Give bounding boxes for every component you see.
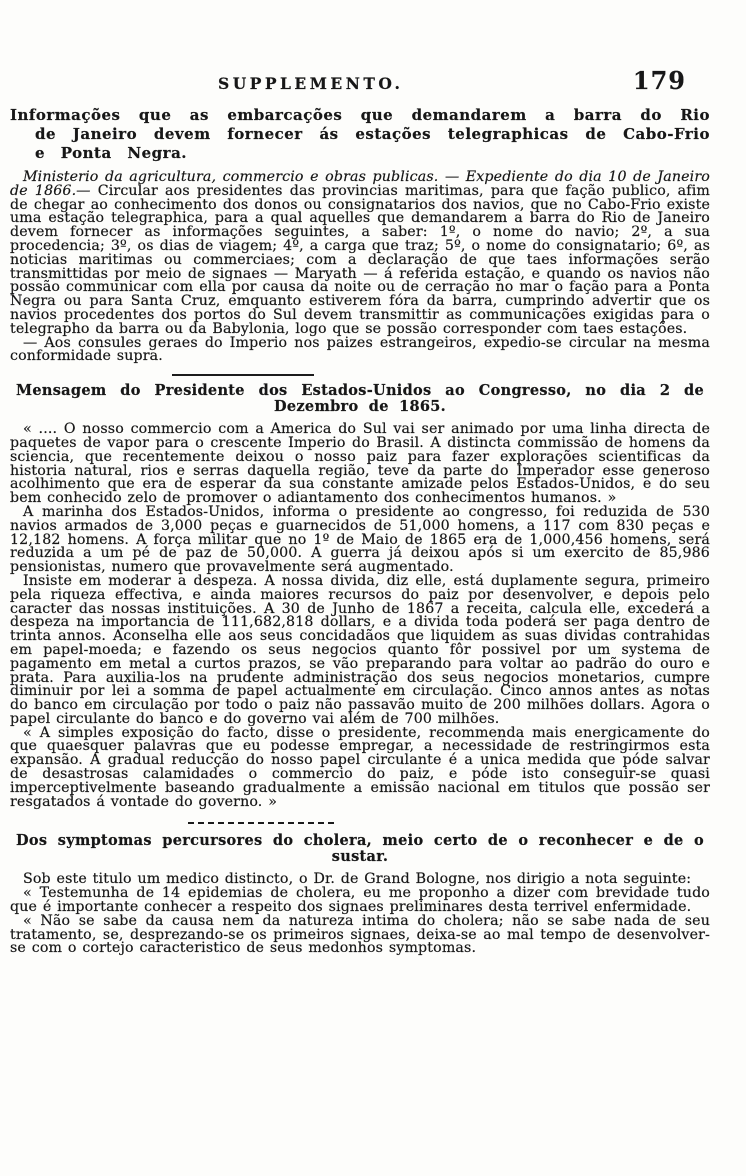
article3-paragraph-2: « Testemunha de 14 epidemias de cholera,… bbox=[10, 887, 710, 915]
article1-heading: Informações que as embarcações que deman… bbox=[10, 106, 710, 163]
article1-paragraph-1-text: Circular aos presidentes das provincias … bbox=[10, 183, 710, 337]
page-header: SUPPLEMENTO. 179 bbox=[10, 72, 710, 102]
article2-paragraph-4: « A simples exposição do facto, disse o … bbox=[10, 727, 710, 810]
article2-paragraph-3: Insiste em moderar a despeza. A nossa di… bbox=[10, 575, 710, 727]
article1-paragraph-2: — Aos consules geraes do Imperio nos pai… bbox=[10, 337, 710, 365]
article3-heading: Dos symptomas percursores do cholera, me… bbox=[10, 833, 710, 865]
masthead-title: SUPPLEMENTO. bbox=[218, 74, 403, 93]
page-number: 179 bbox=[633, 66, 686, 95]
article3-paragraph-3: « Não se sabe da causa nem da natureza i… bbox=[10, 915, 710, 956]
section-divider-dashed bbox=[188, 822, 334, 824]
article2-heading: Mensagem do Presidente dos Estados-Unido… bbox=[10, 383, 710, 415]
section-divider bbox=[172, 374, 314, 376]
article2-paragraph-1: « .... O nosso commercio com a America d… bbox=[10, 423, 710, 506]
article2-paragraph-2: A marinha dos Estados-Unidos, informa o … bbox=[10, 506, 710, 575]
document-page: SUPPLEMENTO. 179 Informações que as emba… bbox=[0, 0, 746, 1176]
article1-paragraph-1: Ministerio da agricultura, commercio e o… bbox=[10, 171, 710, 337]
